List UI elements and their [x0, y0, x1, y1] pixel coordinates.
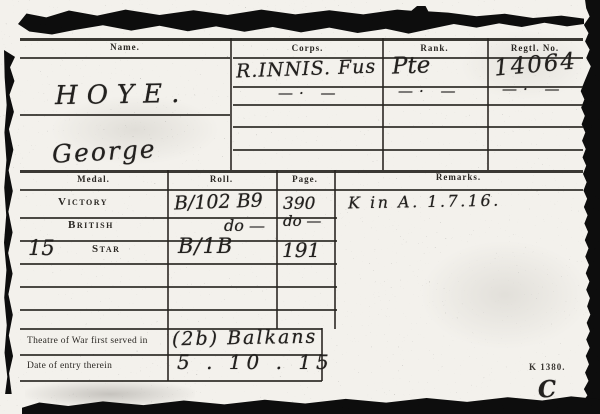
star-page-value: 191: [282, 238, 320, 262]
table-line: [20, 114, 230, 116]
date-of-entry-value: 5 . 10 . 15: [177, 350, 334, 374]
star-roll-value: B/1B: [178, 234, 233, 258]
rank-value: Pte: [392, 52, 431, 79]
table-line: [20, 309, 337, 311]
scan-edge-left: [4, 50, 15, 394]
reference-stamp: K 1380.: [529, 362, 566, 372]
table-line: [20, 286, 337, 288]
table-line: [334, 170, 336, 329]
british-roll-ditto: do —: [224, 216, 265, 235]
victory-page-value: 390: [283, 194, 315, 214]
forename-handwritten: George: [51, 134, 157, 168]
corps-col-header: Corps.: [233, 43, 382, 53]
regtl-no-value: 14064: [493, 48, 578, 81]
table-line: [276, 170, 278, 329]
name-col-header: Name.: [20, 42, 230, 52]
theatre-of-war-label: Theatre of War first served in: [27, 336, 148, 346]
medal-col-header: Medal.: [20, 174, 167, 184]
victory-roll-value: B/102 B9: [174, 189, 263, 214]
victory-row-label: Victory: [58, 196, 108, 208]
corps-value: R.INNIS. Fus: [236, 56, 377, 83]
rank-ditto-mark: —· —: [398, 82, 462, 100]
theatre-of-war-value: (2b) Balkans: [172, 326, 318, 351]
table-line: [233, 149, 583, 151]
table-line: [167, 170, 169, 381]
table-line: [487, 38, 489, 170]
scan-edge-bottom: [22, 393, 600, 414]
regtl-ditto-mark: —· —: [502, 80, 566, 98]
star-prefix-handwritten: 15: [28, 236, 55, 260]
table-line: [233, 126, 583, 128]
paper-stain: [420, 240, 590, 350]
medal-index-card-scan: Name. Corps. Rank. Regtl. No. Medal. Rol…: [0, 0, 600, 414]
remarks-col-header: Remarks.: [334, 172, 583, 182]
table-line: [20, 380, 322, 382]
rank-col-header: Rank.: [382, 43, 487, 53]
page-col-header: Page.: [276, 174, 334, 184]
british-row-label: British: [68, 219, 114, 231]
table-line: [230, 38, 232, 170]
table-line: [233, 104, 583, 106]
roll-col-header: Roll.: [167, 174, 276, 184]
table-line: [382, 38, 384, 170]
check-mark-handwritten: C: [537, 375, 557, 403]
surname-handwritten: HOYE.: [55, 79, 189, 111]
british-page-ditto: do —: [283, 212, 321, 230]
corps-ditto-mark: —· —: [278, 84, 342, 102]
scan-edge-right: [577, 0, 600, 414]
table-line: [20, 57, 230, 59]
scan-edge-top: [18, 6, 584, 36]
table-line: [20, 38, 583, 41]
remarks-value: K in A. 1.7.16.: [348, 191, 501, 213]
star-row-label: Star: [92, 243, 120, 255]
table-line: [20, 263, 337, 265]
date-of-entry-label: Date of entry therein: [27, 361, 112, 371]
